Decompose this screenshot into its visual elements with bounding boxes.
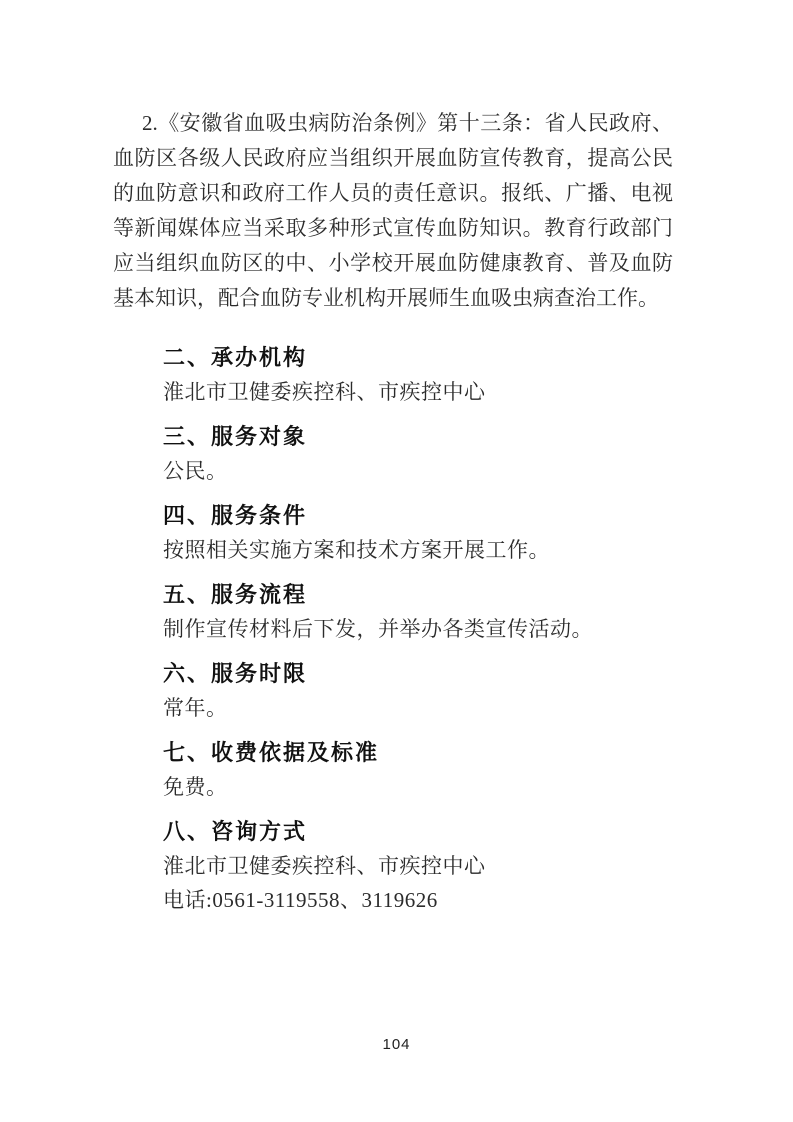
intro-paragraph: 2.《安徽省血吸虫病防治条例》第十三条：省人民政府、血防区各级人民政府应当组织开…	[113, 106, 673, 316]
section-heading-service-process: 五、服务流程	[113, 578, 673, 612]
section-heading-consultation-method: 八、咨询方式	[113, 815, 673, 849]
section-service-conditions: 四、服务条件 按照相关实施方案和技术方案开展工作。	[113, 499, 673, 567]
section-service-process: 五、服务流程 制作宣传材料后下发，并举办各类宣传活动。	[113, 578, 673, 646]
section-heading-service-time-limit: 六、服务时限	[113, 657, 673, 691]
section-body-fee-basis: 免费。	[113, 770, 673, 804]
section-heading-undertaking-agency: 二、承办机构	[113, 341, 673, 375]
section-body-service-target: 公民。	[113, 454, 673, 488]
section-body-consultation-agency: 淮北市卫健委疾控科、市疾控中心	[113, 849, 673, 883]
section-body-service-process: 制作宣传材料后下发，并举办各类宣传活动。	[113, 612, 673, 646]
section-body-consultation-phone: 电话:0561-3119558、3119626	[113, 883, 673, 917]
section-undertaking-agency: 二、承办机构 淮北市卫健委疾控科、市疾控中心	[113, 341, 673, 409]
section-service-target: 三、服务对象 公民。	[113, 420, 673, 488]
section-service-time-limit: 六、服务时限 常年。	[113, 657, 673, 725]
section-heading-service-conditions: 四、服务条件	[113, 499, 673, 533]
section-body-service-conditions: 按照相关实施方案和技术方案开展工作。	[113, 533, 673, 567]
section-heading-service-target: 三、服务对象	[113, 420, 673, 454]
section-fee-basis: 七、收费依据及标准 免费。	[113, 736, 673, 804]
section-body-undertaking-agency: 淮北市卫健委疾控科、市疾控中心	[113, 375, 673, 409]
section-heading-fee-basis: 七、收费依据及标准	[113, 736, 673, 770]
section-consultation-method: 八、咨询方式 淮北市卫健委疾控科、市疾控中心 电话:0561-3119558、3…	[113, 815, 673, 917]
page-number: 104	[0, 1036, 793, 1053]
section-body-service-time-limit: 常年。	[113, 691, 673, 725]
document-page: 2.《安徽省血吸虫病防治条例》第十三条：省人民政府、血防区各级人民政府应当组织开…	[0, 0, 793, 1122]
